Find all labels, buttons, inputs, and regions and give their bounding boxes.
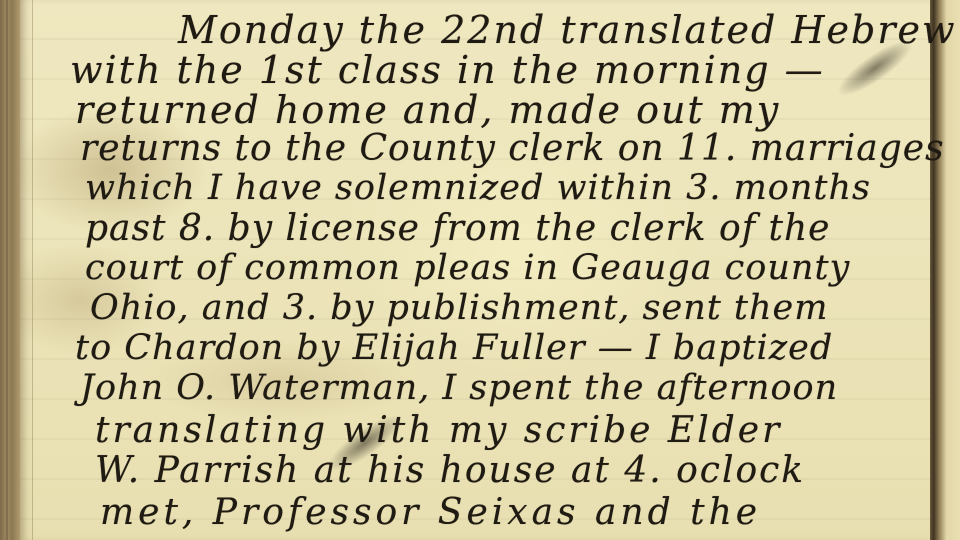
text-line: with the 1st class in the morning —	[70, 48, 825, 92]
text-line: Monday the 22nd translated Hebrew	[178, 8, 957, 52]
text-line: translating with my scribe Elder	[95, 410, 782, 451]
journal-page: Monday the 22nd translated Hebrew with t…	[0, 0, 960, 540]
text-line: met, Professor Seixas and the	[100, 492, 761, 533]
text-line: returned home and, made out my	[75, 88, 780, 132]
handwritten-text: Monday the 22nd translated Hebrew with t…	[0, 0, 960, 540]
text-line: which I have solemnized within 3. months	[85, 168, 871, 208]
text-line: Ohio, and 3. by publishment, sent them	[90, 288, 828, 328]
text-line: W. Parrish at his house at 4. oclock	[95, 450, 805, 491]
text-line: John O. Waterman, I spent the afternoon	[80, 368, 838, 408]
text-line: to Chardon by Elijah Fuller — I baptized	[75, 328, 833, 368]
text-line: past 8. by license from the clerk of the	[85, 208, 830, 249]
text-line: court of common pleas in Geauga county	[85, 248, 850, 288]
text-line: returns to the County clerk on 11. marri…	[80, 128, 945, 169]
